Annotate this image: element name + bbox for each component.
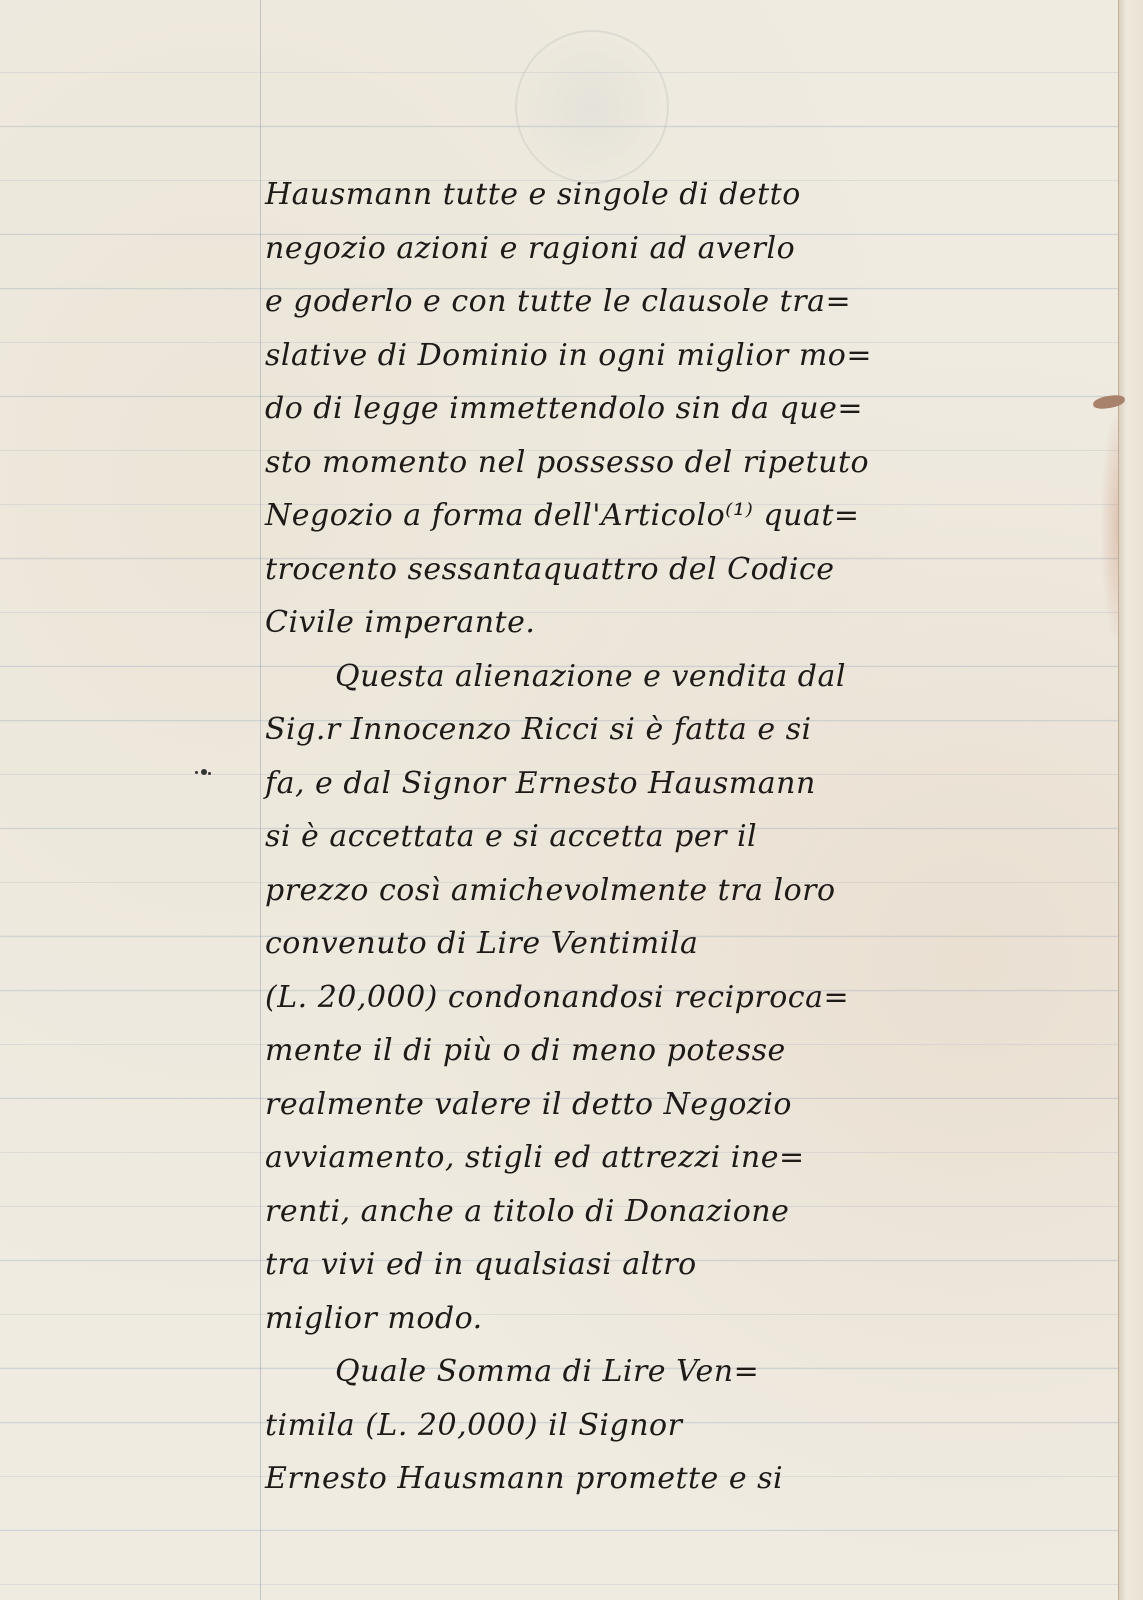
text-line: negozio azioni e ragioni ad averlo xyxy=(265,222,965,276)
text-line: mente il di più o di meno potesse xyxy=(265,1024,965,1078)
document-page: Hausmann tutte e singole di detto negozi… xyxy=(0,0,1143,1600)
text-line: Sig.r Innocenzo Ricci si è fatta e si xyxy=(265,703,965,757)
text-line: Ernesto Hausmann promette e si xyxy=(265,1452,965,1506)
text-line: avviamento, stigli ed attrezzi ine= xyxy=(265,1131,965,1185)
text-line: e goderlo e con tutte le clausole tra= xyxy=(265,275,965,329)
text-line: tra vivi ed in qualsiasi altro xyxy=(265,1238,965,1292)
text-line: fa, e dal Signor Ernesto Hausmann xyxy=(265,757,965,811)
text-line: (L. 20,000) condonandosi reciproca= xyxy=(265,971,965,1025)
text-line: renti, anche a titolo di Donazione xyxy=(265,1185,965,1239)
text-line: timila (L. 20,000) il Signor xyxy=(265,1399,965,1453)
text-line: si è accettata e si accetta per il xyxy=(265,810,965,864)
text-line: Hausmann tutte e singole di detto xyxy=(265,168,965,222)
paragraph-start-line: Questa alienazione e vendita dal xyxy=(265,650,965,704)
text-line: Negozio a forma dell'Articolo⁽¹⁾ quat= xyxy=(265,489,965,543)
text-line: convenuto di Lire Ventimila xyxy=(265,917,965,971)
text-line: trocento sessantaquattro del Codice xyxy=(265,543,965,597)
paragraph-start-line: Quale Somma di Lire Ven= xyxy=(265,1345,965,1399)
text-line: prezzo così amichevolmente tra loro xyxy=(265,864,965,918)
text-line: Civile imperante. xyxy=(265,596,965,650)
text-line: slative di Dominio in ogni miglior mo= xyxy=(265,329,965,383)
text-line: sto momento nel possesso del ripetuto xyxy=(265,436,965,490)
text-line: realmente valere il detto Negozio xyxy=(265,1078,965,1132)
ink-spot xyxy=(195,769,213,775)
margin-line xyxy=(260,0,261,1600)
text-line: do di legge immettendolo sin da que= xyxy=(265,382,965,436)
handwritten-text: Hausmann tutte e singole di detto negozi… xyxy=(265,168,965,1506)
text-line: miglior modo. xyxy=(265,1292,965,1346)
faded-stamp xyxy=(515,30,669,184)
page-fold xyxy=(1118,0,1143,1600)
